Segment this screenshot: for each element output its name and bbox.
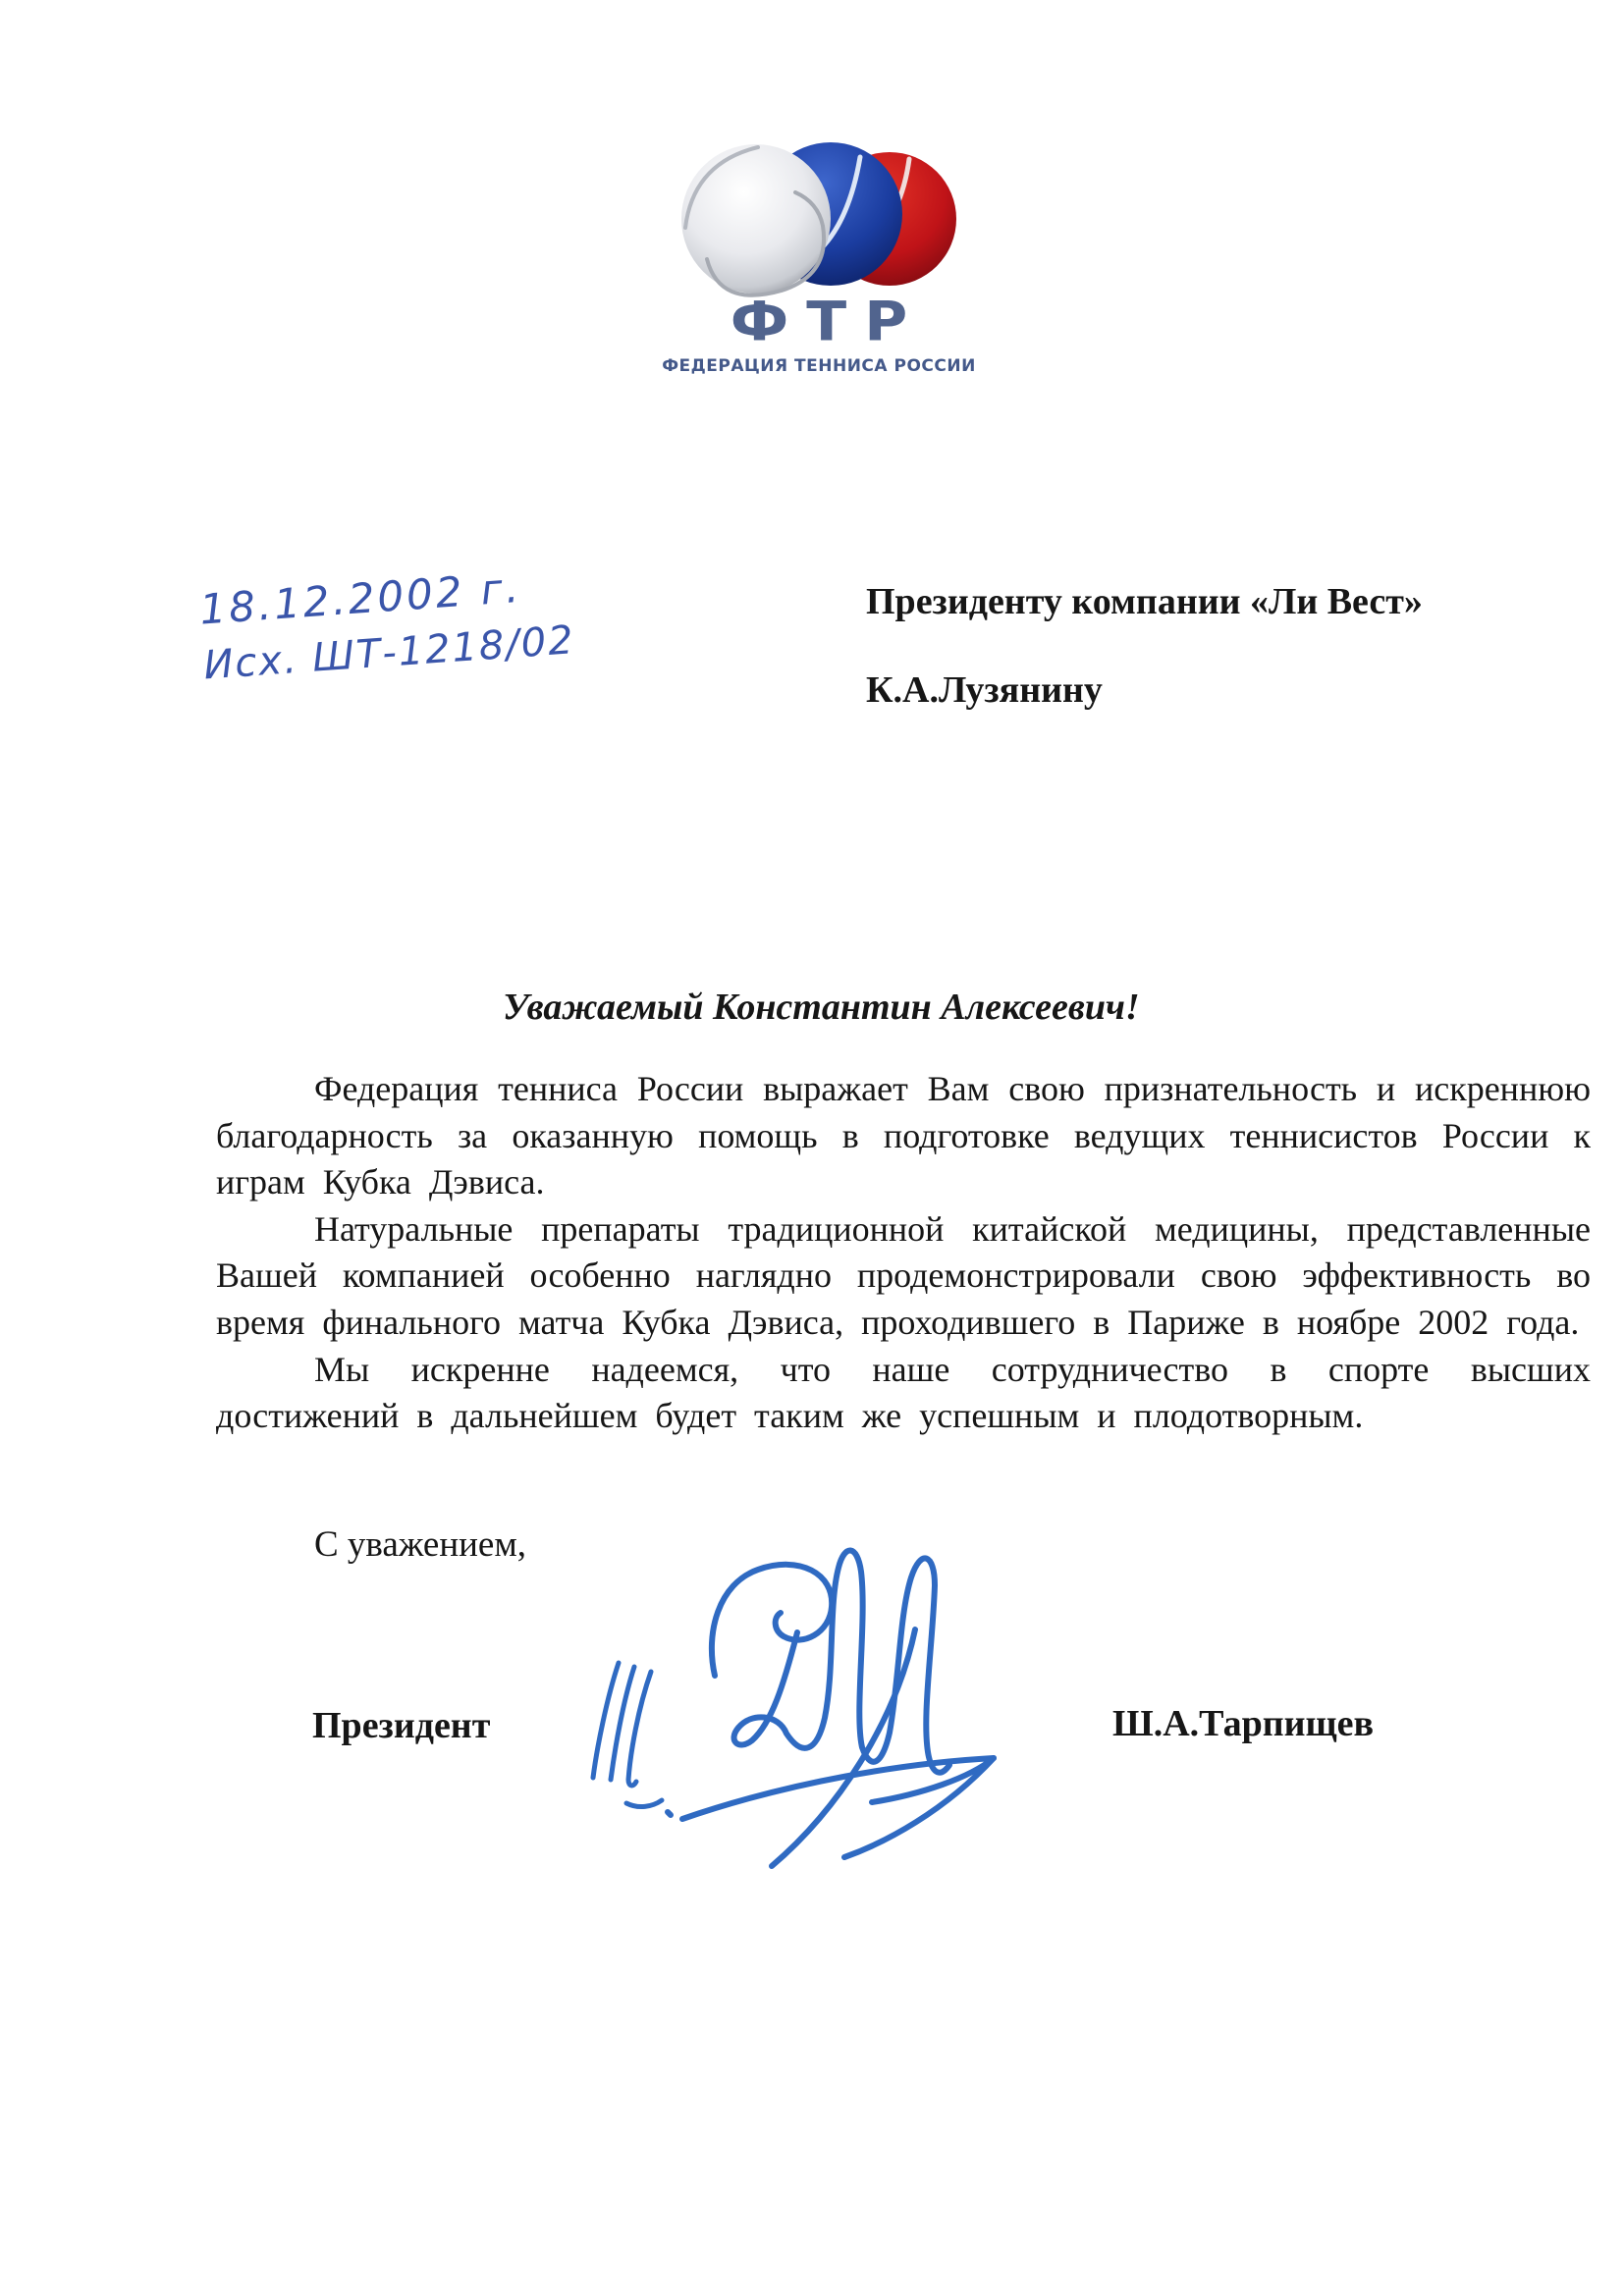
logo-tagline: ФЕДЕРАЦИЯ ТЕННИСА РОССИИ bbox=[651, 356, 987, 376]
body-paragraph: Федерация тенниса России выражает Вам св… bbox=[216, 1066, 1591, 1206]
tennis-balls-logo-icon bbox=[666, 132, 972, 304]
white-ball bbox=[681, 144, 831, 294]
recipient-position: Президенту компании «Ли Вест» bbox=[866, 579, 1423, 624]
signer-name: Ш.А.Тарпищев bbox=[1112, 1702, 1374, 1745]
letter-page: ФТР ФЕДЕРАЦИЯ ТЕННИСА РОССИИ 18.12.2002 … bbox=[0, 0, 1624, 2296]
logo-acronym: ФТР bbox=[666, 294, 972, 348]
signer-title: Президент bbox=[312, 1704, 490, 1747]
handwritten-registration-note: 18.12.2002 г. Исх. ШТ-1218/02 bbox=[198, 558, 617, 688]
recipient-block: Президенту компании «Ли Вест» К.А.Лузяни… bbox=[866, 579, 1423, 713]
signature-ink-icon bbox=[550, 1517, 1021, 1890]
recipient-name: К.А.Лузянину bbox=[866, 667, 1423, 713]
salutation: Уважаемый Константин Алексеевич! bbox=[503, 985, 1140, 1030]
body-paragraph: Натуральные препараты традиционной китай… bbox=[216, 1206, 1591, 1347]
letter-body: Федерация тенниса России выражает Вам св… bbox=[216, 1066, 1591, 1440]
closing-phrase: С уважением, bbox=[314, 1523, 526, 1567]
body-paragraph: Мы искренне надеемся, что наше сотруднич… bbox=[216, 1347, 1591, 1440]
